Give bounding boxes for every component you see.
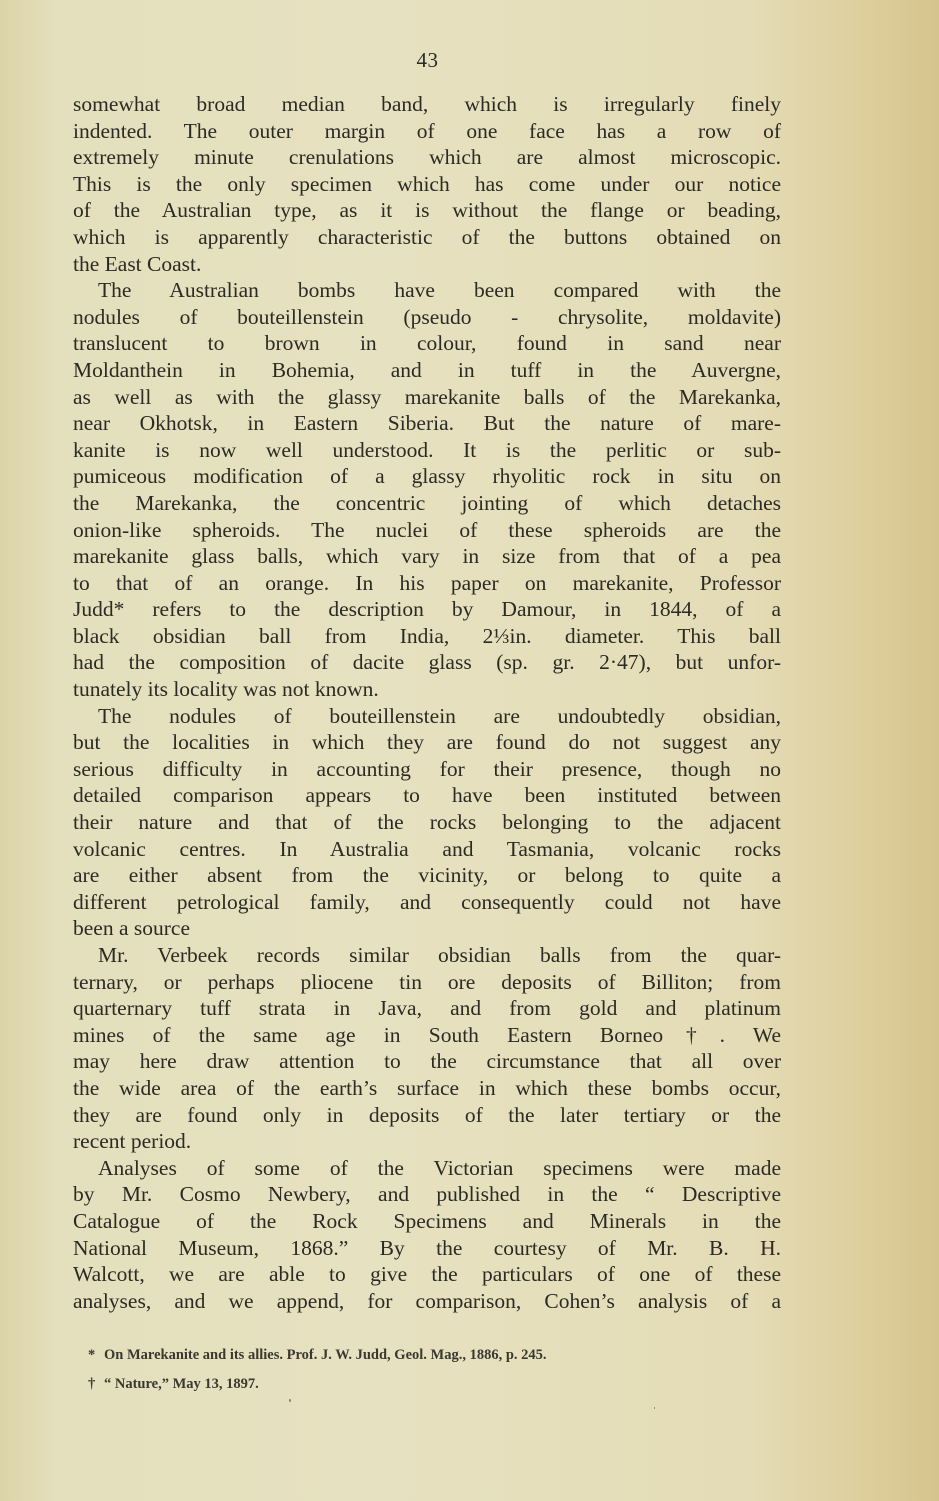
footnotes: *On Marekanite and its allies. Prof. J. … bbox=[88, 1341, 738, 1399]
text-line: are either absent from the vicinity, or … bbox=[73, 862, 781, 889]
text-line: by Mr. Cosmo Newbery, and published in t… bbox=[73, 1181, 781, 1208]
text-line: extremely minute crenulations which are … bbox=[73, 144, 781, 171]
text-line: had the composition of dacite glass (sp.… bbox=[73, 649, 781, 676]
text-line: kanite is now well understood. It is the… bbox=[73, 437, 781, 464]
footnote-asterisk-mark: * bbox=[88, 1341, 104, 1370]
text-line: indented. The outer margin of one face h… bbox=[73, 118, 781, 145]
text-line: marekanite glass balls, which vary in si… bbox=[73, 543, 781, 570]
text-line: Catalogue of the Rock Specimens and Mine… bbox=[73, 1208, 781, 1235]
text-line: The nodules of bouteillenstein are undou… bbox=[73, 703, 781, 730]
text-line: recent period. bbox=[73, 1128, 781, 1155]
text-line: tunately its locality was not known. bbox=[73, 676, 781, 703]
text-line: translucent to brown in colour, found in… bbox=[73, 330, 781, 357]
text-line: analyses, and we append, for comparison,… bbox=[73, 1288, 781, 1315]
page-number: 43 bbox=[0, 48, 855, 73]
text-line: the East Coast. bbox=[73, 251, 781, 278]
text-line: detailed comparison appears to have been… bbox=[73, 782, 781, 809]
text-line: near Okhotsk, in Eastern Siberia. But th… bbox=[73, 410, 781, 437]
paragraph-3: The nodules of bouteillenstein are undou… bbox=[73, 703, 781, 942]
text-line: National Museum, 1868.” By the courtesy … bbox=[73, 1235, 781, 1262]
text-line: which is apparently characteristic of th… bbox=[73, 224, 781, 251]
text-line: volcanic centres. In Australia and Tasma… bbox=[73, 836, 781, 863]
text-line: they are found only in deposits of the l… bbox=[73, 1102, 781, 1129]
footnote-text: “ Nature,” May 13, 1897. bbox=[104, 1376, 259, 1392]
paragraph-4: Mr. Verbeek records similar obsidian bal… bbox=[73, 942, 781, 1155]
text-line: of the Australian type, as it is without… bbox=[73, 197, 781, 224]
text-line: pumiceous modification of a glassy rhyol… bbox=[73, 463, 781, 490]
text-line: Judd* refers to the description by Damou… bbox=[73, 596, 781, 623]
text-line: somewhat broad median band, which is irr… bbox=[73, 91, 781, 118]
text-line: mines of the same age in South Eastern B… bbox=[73, 1022, 781, 1049]
text-line: Walcott, we are able to give the particu… bbox=[73, 1261, 781, 1288]
text-line: ternary, or perhaps pliocene tin ore dep… bbox=[73, 969, 781, 996]
text-line: been a source bbox=[73, 915, 781, 942]
footnote-dagger-mark: † bbox=[88, 1370, 104, 1399]
text-line: as well as with the glassy marekanite ba… bbox=[73, 384, 781, 411]
footnote-nature: †“ Nature,” May 13, 1897. bbox=[88, 1370, 738, 1399]
text-line: Mr. Verbeek records similar obsidian bal… bbox=[73, 942, 781, 969]
text-line: the Marekanka, the concentric jointing o… bbox=[73, 490, 781, 517]
text-line: This is the only specimen which has come… bbox=[73, 171, 781, 198]
text-line: nodules of bouteillenstein (pseudo - chr… bbox=[73, 304, 781, 331]
paragraph-2: The Australian bombs have been compared … bbox=[73, 277, 781, 703]
text-line: serious difficulty in accounting for the… bbox=[73, 756, 781, 783]
footnote-judd: *On Marekanite and its allies. Prof. J. … bbox=[88, 1341, 738, 1370]
text-line: but the localities in which they are fou… bbox=[73, 729, 781, 756]
text-line: Analyses of some of the Victorian specim… bbox=[73, 1155, 781, 1182]
paragraph-1: somewhat broad median band, which is irr… bbox=[73, 91, 781, 277]
text-line: quarternary tuff strata in Java, and fro… bbox=[73, 995, 781, 1022]
text-line: the wide area of the earth’s surface in … bbox=[73, 1075, 781, 1102]
paragraph-5: Analyses of some of the Victorian specim… bbox=[73, 1155, 781, 1315]
scan-speck bbox=[289, 1399, 291, 1402]
book-page: 43 somewhat broad median band, which is … bbox=[0, 0, 939, 1501]
text-line: Moldanthein in Bohemia, and in tuff in t… bbox=[73, 357, 781, 384]
scan-speck bbox=[654, 1407, 655, 1409]
body-text: somewhat broad median band, which is irr… bbox=[73, 91, 781, 1314]
text-line: black obsidian ball from India, 2⅓in. di… bbox=[73, 623, 781, 650]
text-line: different petrological family, and conse… bbox=[73, 889, 781, 916]
footnote-text: On Marekanite and its allies. Prof. J. W… bbox=[104, 1347, 547, 1363]
text-line: The Australian bombs have been compared … bbox=[73, 277, 781, 304]
text-line: may here draw attention to the circumsta… bbox=[73, 1048, 781, 1075]
text-line: onion-like spheroids. The nuclei of thes… bbox=[73, 517, 781, 544]
text-line: to that of an orange. In his paper on ma… bbox=[73, 570, 781, 597]
text-line: their nature and that of the rocks belon… bbox=[73, 809, 781, 836]
